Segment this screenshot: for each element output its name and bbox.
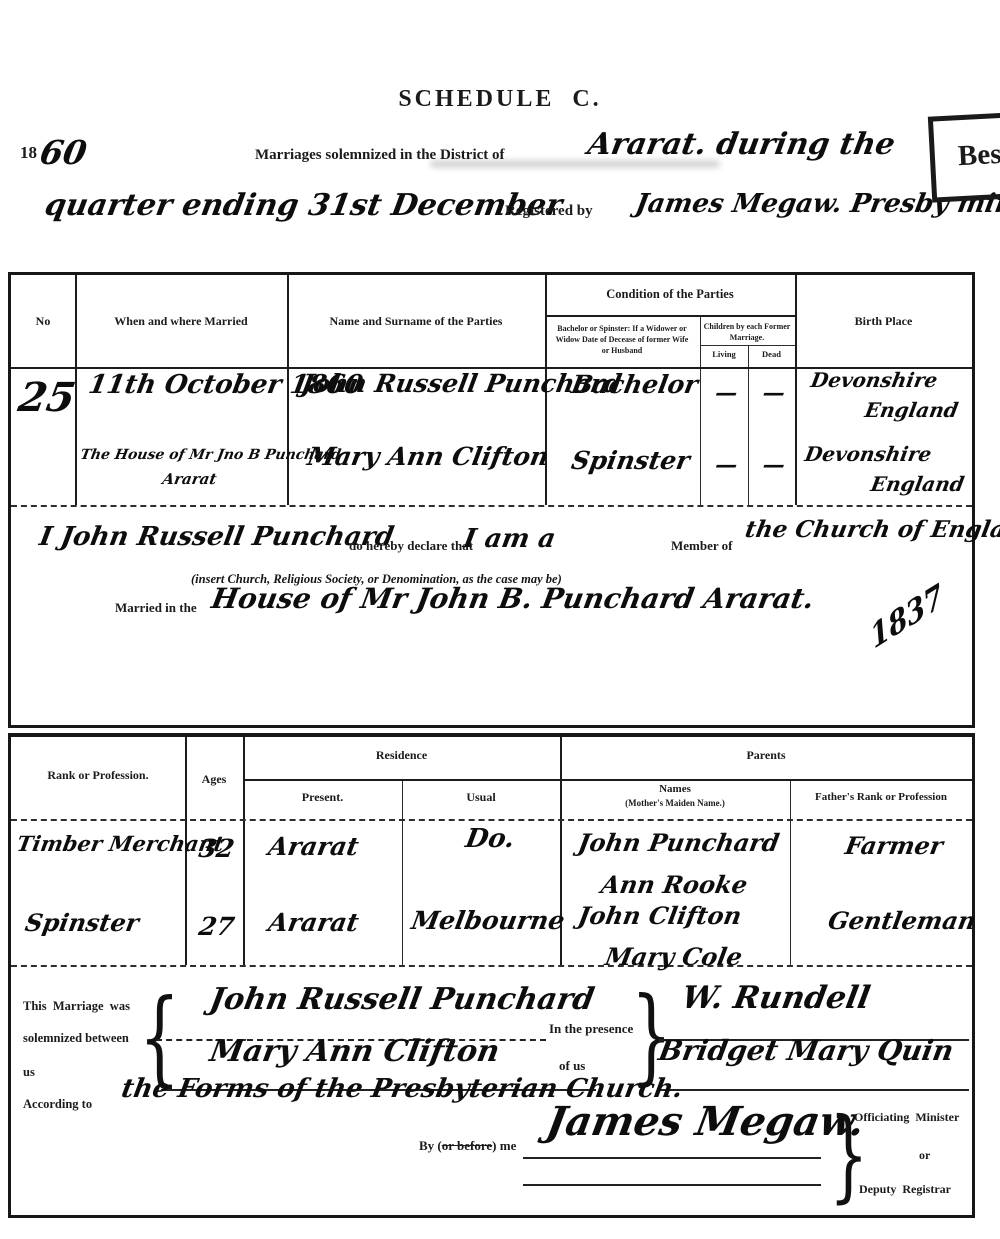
witness1-signature: W. Rundell	[679, 981, 873, 1017]
col-divider	[790, 779, 791, 965]
deputy-registrar-label: Deputy Registrar	[859, 1183, 951, 1197]
column-header-usual: Usual	[402, 791, 560, 805]
member-of-label: Member of	[671, 539, 732, 554]
col-divider	[402, 779, 403, 965]
registrar-blank-line	[523, 1184, 821, 1186]
declaration-declarant-name: I John Russell Punchard	[37, 523, 396, 553]
groom-age: 32	[187, 835, 246, 864]
column-header-condition: Condition of the Parties	[545, 287, 795, 301]
where-married-town: Ararat	[161, 471, 218, 488]
col-divider	[748, 345, 749, 505]
column-header-mothers-maiden-name: (Mother's Maiden Name.)	[560, 798, 790, 808]
column-header-no: No	[11, 315, 75, 329]
entry-separator-line	[11, 965, 972, 967]
margin-number-annotation: 1837	[867, 578, 947, 657]
particulars-table: Rank or Profession. Ages Residence Prese…	[8, 733, 975, 1218]
solemnized-label-line3: us	[23, 1065, 35, 1079]
column-header-children: Children by each Former Marriage.	[703, 321, 791, 343]
bride-residence-usual: Melbourne	[409, 907, 567, 936]
where-married-line: The House of Mr Jno B Punchard	[79, 447, 342, 463]
bride-birth-place-line2: England	[869, 473, 966, 496]
column-header-parents: Parents	[560, 749, 972, 763]
married-in-the-value: House of Mr John B. Punchard Ararat.	[209, 583, 817, 615]
declaration-i-am-a: I am a	[461, 525, 558, 555]
column-header-living: Living	[700, 350, 748, 360]
year-handwritten: 60	[37, 134, 90, 172]
column-header-condition-left: Bachelor or Spinster: If a Widower or Wi…	[551, 323, 693, 357]
year-field: 1860	[20, 134, 83, 172]
col-divider	[243, 737, 245, 965]
bride-father-name: John Clifton	[576, 902, 744, 930]
groom-mother-name: Ann Rooke	[599, 871, 750, 899]
registered-by-label: Registered by	[505, 203, 593, 220]
of-us-label: of us	[559, 1059, 585, 1074]
groom-children-living: —	[700, 381, 752, 406]
witness2-signature-line	[659, 1089, 969, 1091]
row-divider	[560, 779, 972, 781]
witness2-signature: Bridget Mary Quin	[656, 1035, 956, 1067]
entry-number: 25	[15, 375, 79, 421]
bride-children-living: —	[700, 453, 752, 478]
officiating-minister-label: Officiating Minister	[854, 1111, 959, 1125]
bride-fathers-rank: Gentleman	[826, 907, 978, 935]
groom-birth-place-line2: England	[863, 399, 960, 422]
declaration-denomination: the Church of England	[743, 517, 1000, 543]
bride-mother-name: Mary Cole	[603, 943, 744, 971]
by-me-post: ) me	[492, 1138, 516, 1153]
bride-rank: Spinster	[23, 909, 141, 937]
bride-children-dead: —	[748, 453, 799, 478]
by-me-label: By (or before) me	[419, 1139, 516, 1154]
column-header-residence: Residence	[243, 749, 560, 763]
declare-label: do hereby declare that	[349, 539, 473, 554]
bride-birth-place-line1: Devonshire	[803, 443, 933, 466]
bride-name: Mary Ann Clifton	[305, 443, 551, 472]
column-header-parents-names: Names	[560, 783, 790, 796]
officiant-signature: James Megaw.	[543, 1099, 868, 1145]
by-me-struck: or before	[442, 1138, 492, 1153]
married-in-the-label: Married in the	[115, 601, 197, 616]
column-header-names: Name and Surname of the Parties	[287, 315, 545, 329]
column-header-present: Present.	[243, 791, 402, 805]
or-label: or	[919, 1149, 930, 1163]
column-header-dead: Dead	[748, 350, 795, 360]
district-label: Marriages solemnized in the District of	[255, 147, 505, 164]
marriage-certificate-page: SCHEDULE C. 1860 Marriages solemnized in…	[0, 0, 1000, 1239]
groom-birth-place-line1: Devonshire	[809, 369, 939, 392]
solemnized-label-line2: solemnized between	[23, 1031, 129, 1045]
in-the-presence-label: In the presence	[549, 1022, 633, 1037]
groom-residence-usual: Do.	[463, 825, 517, 855]
groom-signature: John Russell Punchard	[207, 983, 597, 1018]
column-header-ages: Ages	[185, 773, 243, 787]
groom-father-name: John Punchard	[576, 829, 781, 857]
row-divider	[243, 779, 560, 781]
groom-residence-present: Ararat	[266, 833, 361, 862]
bride-signature: Mary Ann Clifton	[207, 1035, 502, 1070]
officiant-signature-line	[523, 1157, 821, 1159]
column-header-fathers-rank: Father's Rank or Profession	[790, 791, 972, 804]
quarter-handwritten-value: quarter ending 31st December	[42, 189, 565, 224]
solemnized-label-line1: This Marriage was	[23, 999, 130, 1013]
schedule-title: SCHEDULE C.	[0, 86, 1000, 114]
according-to-label: According to	[23, 1097, 92, 1111]
stamp-text: Best	[957, 137, 1000, 173]
marriage-register-table: No When and where Married Name and Surna…	[8, 272, 975, 728]
bride-condition: Spinster	[569, 447, 692, 476]
entry-separator-line	[11, 505, 972, 507]
year-printed-prefix: 18	[20, 143, 37, 162]
groom-children-dead: —	[748, 381, 799, 406]
groom-fathers-rank: Farmer	[843, 832, 945, 860]
column-header-when-where: When and where Married	[75, 315, 287, 329]
row-divider	[545, 315, 795, 317]
header-bottom-line	[11, 819, 972, 821]
bride-residence-present: Ararat	[266, 909, 361, 938]
by-me-pre: By (	[419, 1138, 442, 1153]
bride-age: 27	[187, 913, 246, 942]
row-divider	[700, 345, 795, 346]
district-handwritten-value: Ararat. during the	[585, 128, 898, 163]
column-header-rank: Rank or Profession.	[11, 769, 185, 783]
column-header-birth-place: Birth Place	[795, 315, 972, 329]
groom-condition: Bachelor	[569, 371, 700, 400]
best-copy-stamp: Best	[928, 111, 1000, 202]
